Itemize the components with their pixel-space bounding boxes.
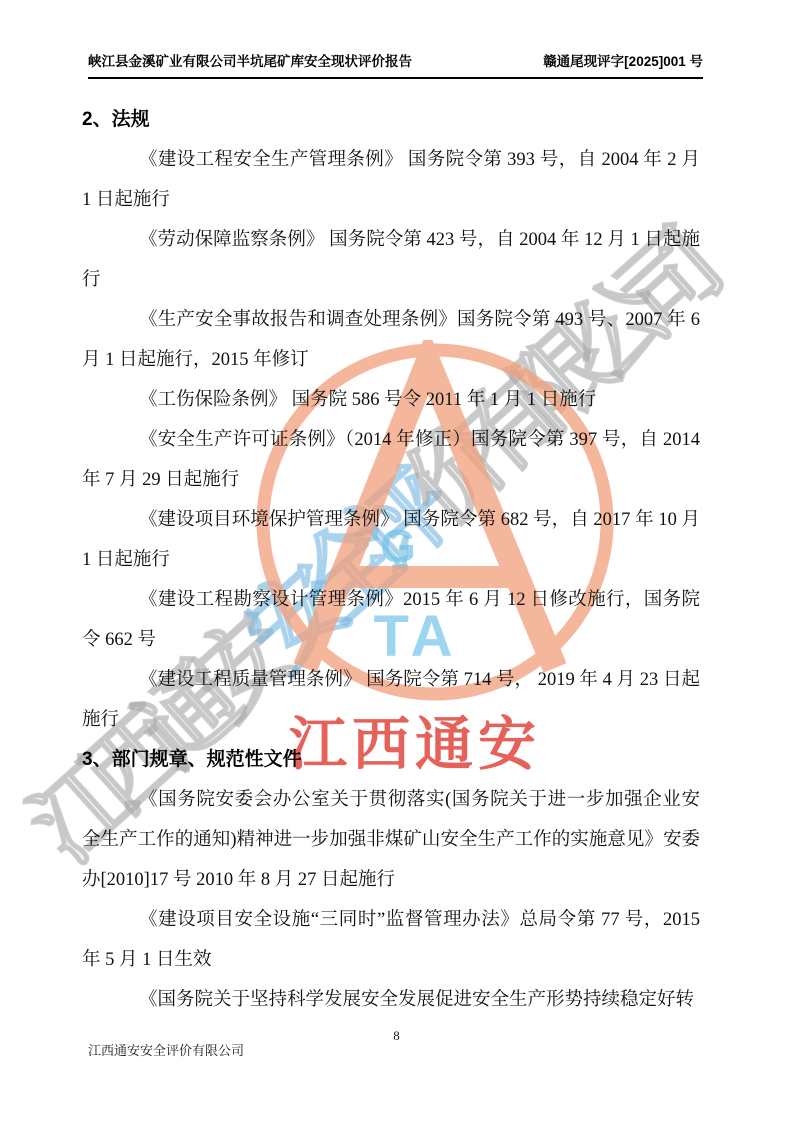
body-paragraph: 《劳动保障监察条例》 国务院令第 423 号，自 2004 年 12 月 1 日…	[82, 220, 700, 300]
document-body: 2、法规《建设工程安全生产管理条例》 国务院令第 393 号，自 2004 年 …	[82, 100, 700, 1020]
section-heading-3: 3、部门规章、规范性文件	[82, 740, 700, 780]
page-header: 峡江县金溪矿业有限公司半坑尾矿库安全现状评价报告 赣通尾现评字[2025]001…	[88, 50, 703, 79]
body-paragraph: 《建设项目环境保护管理条例》 国务院令第 682 号，自 2017 年 10 月…	[82, 500, 700, 580]
header-report-title: 峡江县金溪矿业有限公司半坑尾矿库安全现状评价报告	[88, 50, 412, 70]
document-page: 江西通安安全评价有限公司 G TA 江西通安 峡江县金溪矿业有限公司半坑尾矿库安…	[0, 0, 793, 1122]
header-doc-number: 赣通尾现评字[2025]001 号	[543, 50, 703, 70]
body-paragraph: 《建设项目安全设施“三同时”监督管理办法》总局令第 77 号，2015 年 5 …	[82, 900, 700, 980]
content-layer: 峡江县金溪矿业有限公司半坑尾矿库安全现状评价报告 赣通尾现评字[2025]001…	[0, 0, 793, 1122]
body-paragraph: 《国务院安委会办公室关于贯彻落实(国务院关于进一步加强企业安全生产工作的通知)精…	[82, 780, 700, 900]
body-paragraph: 《工伤保险条例》 国务院 586 号令 2011 年 1 月 1 日施行	[82, 380, 700, 420]
body-paragraph: 《国务院关于坚持科学发展安全发展促进安全生产形势持续稳定好转	[82, 980, 700, 1020]
body-paragraph: 《安全生产许可证条例》（2014 年修正）国务院令第 397 号，自 2014 …	[82, 420, 700, 500]
body-paragraph: 《生产安全事故报告和调查处理条例》国务院令第 493 号、2007 年 6 月 …	[82, 300, 700, 380]
body-paragraph: 《建设工程安全生产管理条例》 国务院令第 393 号，自 2004 年 2 月 …	[82, 140, 700, 220]
page-number: 8	[0, 1028, 793, 1044]
section-heading-2: 2、法规	[82, 100, 700, 140]
body-paragraph: 《建设工程勘察设计管理条例》2015 年 6 月 12 日修改施行，国务院令 6…	[82, 580, 700, 660]
body-paragraph: 《建设工程质量管理条例》 国务院令第 714 号， 2019 年 4 月 23 …	[82, 660, 700, 740]
